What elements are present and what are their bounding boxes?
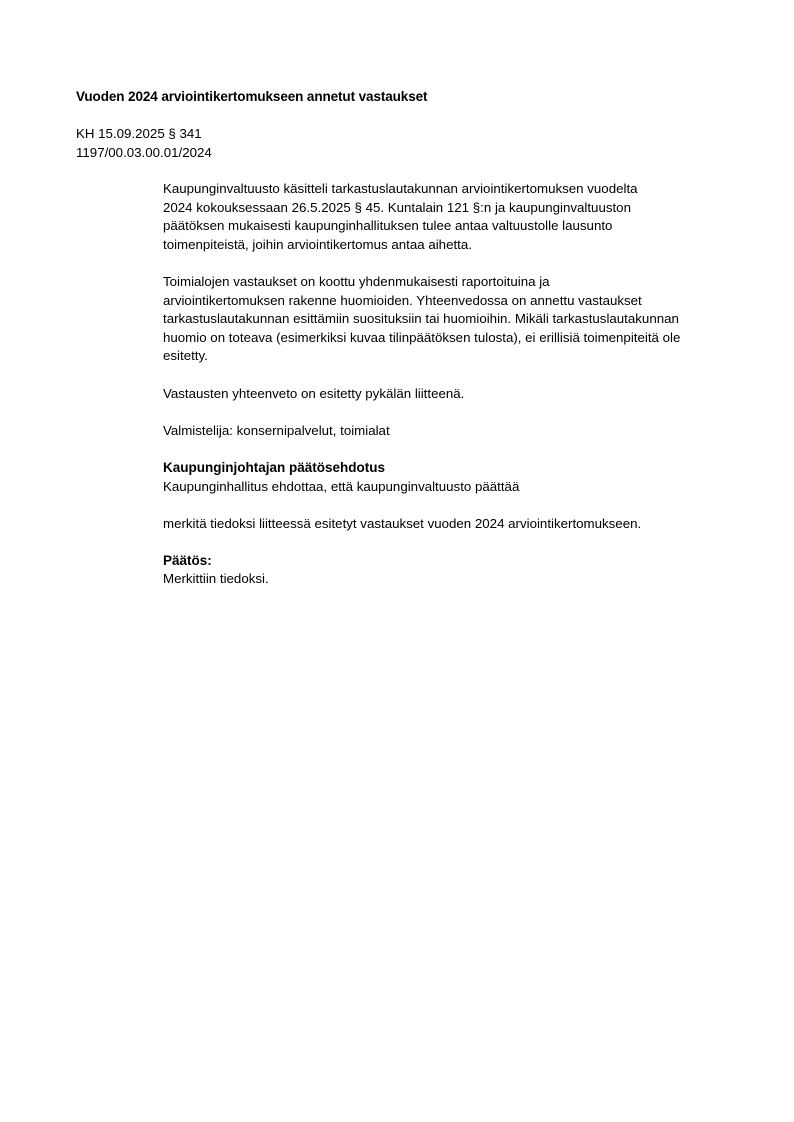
text-line: Toimialojen vastaukset on koottu yhdenmu…: [163, 273, 743, 292]
decision-section: Päätös: Merkittiin tiedoksi.: [163, 552, 743, 589]
text-line: 2024 kokouksessaan 26.5.2025 § 45. Kunta…: [163, 199, 743, 218]
proposal-intro: Kaupunginhallitus ehdottaa, että kaupung…: [163, 478, 743, 497]
text-line: päätöksen mukaisesti kaupunginhallitukse…: [163, 217, 743, 236]
text-line: Vastausten yhteenveto on esitetty pykälä…: [163, 385, 743, 404]
proposal-decision-item: merkitä tiedoksi liitteessä esitetyt vas…: [163, 515, 743, 534]
text-line: toimenpiteistä, joihin arviointikertomus…: [163, 236, 743, 255]
paragraph-attachment-note: Vastausten yhteenveto on esitetty pykälä…: [163, 385, 743, 404]
document-body: Kaupunginvaltuusto käsitteli tarkastusla…: [163, 180, 743, 608]
case-number: 1197/00.03.00.01/2024: [76, 143, 212, 162]
text-line: arviointikertomuksen rakenne huomioiden.…: [163, 292, 743, 311]
paragraph-responses: Toimialojen vastaukset on koottu yhdenmu…: [163, 273, 743, 366]
decision-heading: Päätös:: [163, 552, 743, 571]
text-line: tarkastuslautakunnan esittämiin suosituk…: [163, 310, 743, 329]
document-title: Vuoden 2024 arviointikertomukseen annetu…: [76, 88, 427, 106]
meeting-reference: KH 15.09.2025 § 341: [76, 124, 212, 143]
paragraph-preparer: Valmistelija: konsernipalvelut, toimiala…: [163, 422, 743, 441]
proposal-section: Kaupunginjohtajan päätösehdotus Kaupungi…: [163, 459, 743, 496]
text-line: huomio on toteava (esimerkiksi kuvaa til…: [163, 329, 743, 348]
text-line: Valmistelija: konsernipalvelut, toimiala…: [163, 422, 743, 441]
text-line: Kaupunginvaltuusto käsitteli tarkastusla…: [163, 180, 743, 199]
text-line: merkitä tiedoksi liitteessä esitetyt vas…: [163, 515, 743, 534]
text-line: esitetty.: [163, 347, 743, 366]
decision-text: Merkittiin tiedoksi.: [163, 570, 743, 589]
document-meta: KH 15.09.2025 § 341 1197/00.03.00.01/202…: [76, 124, 212, 162]
proposal-heading: Kaupunginjohtajan päätösehdotus: [163, 459, 743, 478]
document-page: Vuoden 2024 arviointikertomukseen annetu…: [0, 0, 794, 1122]
paragraph-background: Kaupunginvaltuusto käsitteli tarkastusla…: [163, 180, 743, 254]
